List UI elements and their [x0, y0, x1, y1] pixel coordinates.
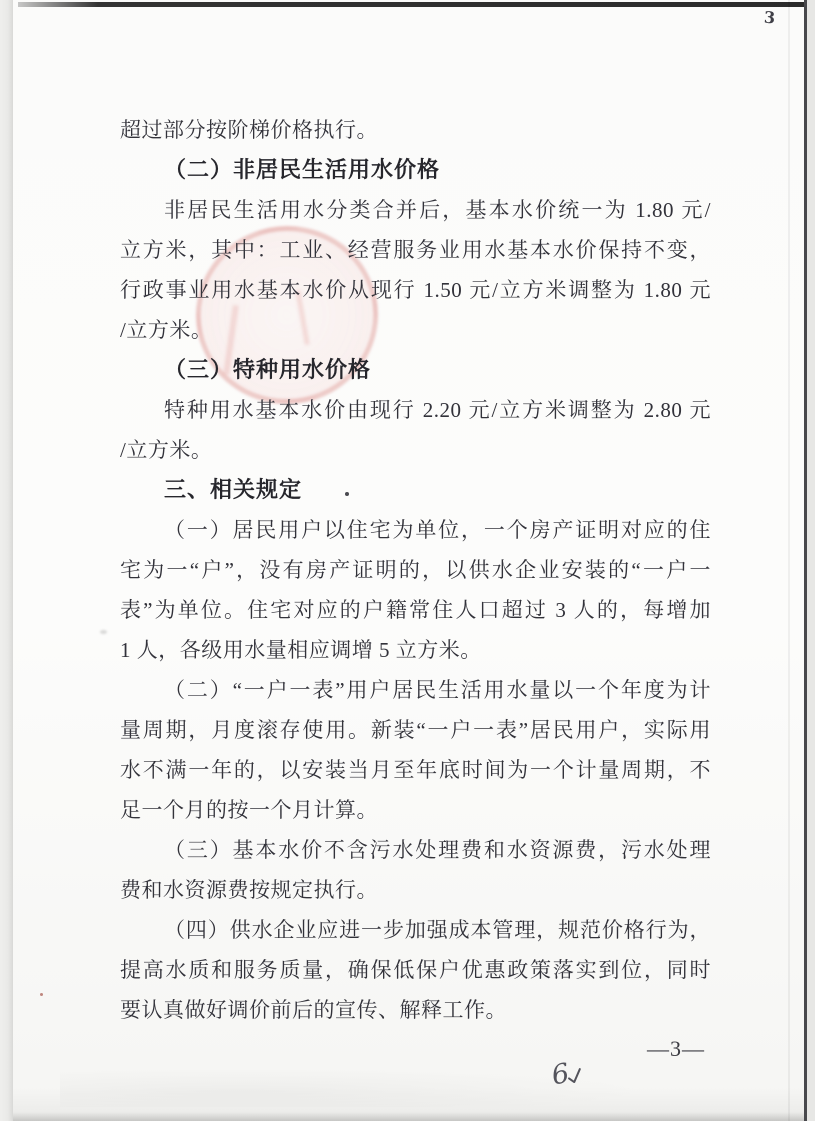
handwritten-corner-mark: 3	[763, 8, 775, 28]
paragraph: （四）供水企业应进一步加强成本管理，规范价格行为，提高水质和服务质量，确保低保户…	[120, 910, 711, 1030]
scan-edge-bottom	[13, 1112, 804, 1121]
text-line: 立方米，其中：工业、经营服务业用水基本水价保持不变，	[120, 230, 711, 270]
page-number: —3—	[647, 1036, 705, 1062]
scanned-page: 3 超过部分按阶梯价格执行。（二）非居民生活用水价格非居民生活用水分类合并后，基…	[0, 0, 815, 1121]
scan-speck	[100, 630, 107, 634]
text-line: 要认真做好调价前后的宣传、解释工作。	[120, 990, 711, 1030]
scan-margin-right	[807, 0, 815, 1121]
section-heading-block: （二）非居民生活用水价格	[120, 150, 711, 190]
text-line: /立方米。	[120, 430, 711, 470]
section-heading: （三）特种用水价格	[120, 350, 711, 390]
text-line: /立方米。	[120, 310, 711, 350]
text-line: 1 人，各级用水量相应调增 5 立方米。	[120, 630, 711, 670]
paragraph: （二）“一户一表”用户居民生活用水量以一个年度为计量周期，月度滚存使用。新装“一…	[120, 670, 711, 830]
section-heading: 三、相关规定	[120, 470, 711, 510]
section-heading-block: （三）特种用水价格	[120, 350, 711, 390]
scan-edge-top	[18, 2, 815, 7]
scan-speck	[40, 993, 43, 996]
paragraph: （三）基本水价不含污水处理费和水资源费，污水处理费和水资源费按规定执行。	[120, 830, 711, 910]
scan-edge-left	[0, 0, 13, 1121]
text-line: 宅为一“户”，没有房产证明的，以供水企业安装的“一户一	[120, 550, 711, 590]
text-line: 非居民生活用水分类合并后，基本水价统一为 1.80 元/	[120, 190, 711, 230]
text-line: （四）供水企业应进一步加强成本管理，规范价格行为，	[120, 910, 711, 950]
text-line: 行政事业用水基本水价从现行 1.50 元/立方米调整为 1.80 元	[120, 270, 711, 310]
text-line: 超过部分按阶梯价格执行。	[120, 110, 711, 150]
handwritten-mark: 6	[549, 1056, 584, 1094]
text-line: 水不满一年的，以安装当月至年底时间为一个计量周期，不	[120, 750, 711, 790]
paragraph: （一）居民用户以住宅为单位，一个房产证明对应的住宅为一“户”，没有房产证明的，以…	[120, 510, 711, 670]
paper-crease	[788, 0, 790, 1121]
paragraph: 非居民生活用水分类合并后，基本水价统一为 1.80 元/立方米，其中：工业、经营…	[120, 190, 711, 350]
paragraph: 超过部分按阶梯价格执行。	[120, 110, 711, 150]
text-line: 提高水质和服务质量，确保低保户优惠政策落实到位，同时	[120, 950, 711, 990]
text-line: 特种用水基本水价由现行 2.20 元/立方米调整为 2.80 元	[120, 390, 711, 430]
text-line: （二）“一户一表”用户居民生活用水量以一个年度为计	[120, 670, 711, 710]
text-line: 费和水资源费按规定执行。	[120, 870, 711, 910]
section-heading: （二）非居民生活用水价格	[120, 150, 711, 190]
section-heading-block: 三、相关规定	[120, 470, 711, 510]
scan-speck	[345, 492, 349, 496]
text-line: 表”为单位。住宅对应的户籍常住人口超过 3 人的，每增加	[120, 590, 711, 630]
text-line: （一）居民用户以住宅为单位，一个房产证明对应的住	[120, 510, 711, 550]
text-line: 量周期，月度滚存使用。新装“一户一表”居民用户，实际用	[120, 710, 711, 750]
document-body: 超过部分按阶梯价格执行。（二）非居民生活用水价格非居民生活用水分类合并后，基本水…	[120, 110, 711, 1030]
text-line: 足一个月的按一个月计算。	[120, 790, 711, 830]
paragraph: 特种用水基本水价由现行 2.20 元/立方米调整为 2.80 元/立方米。	[120, 390, 711, 470]
text-line: （三）基本水价不含污水处理费和水资源费，污水处理	[120, 830, 711, 870]
